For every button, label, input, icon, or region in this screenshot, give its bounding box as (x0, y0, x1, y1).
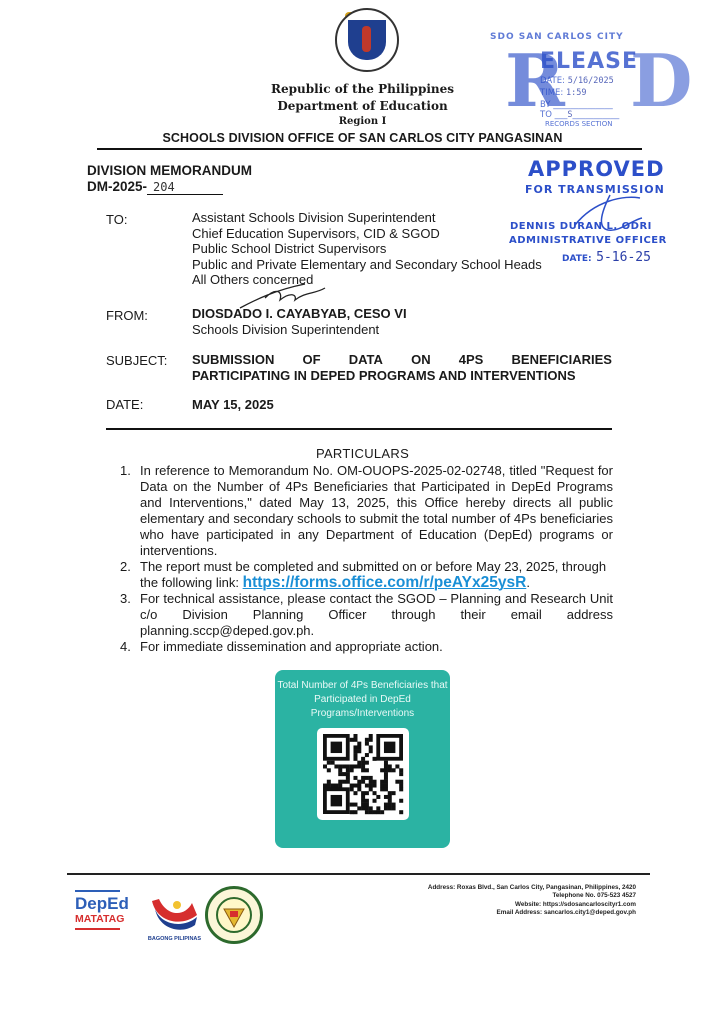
qr-card-title: Total Number of 4Ps Beneficiaries that P… (275, 679, 450, 721)
item-text: For technical assistance, please contact… (140, 591, 613, 638)
telephone-text: Telephone No. 075-523 4527 (380, 892, 636, 900)
subject-word: DATA (349, 352, 383, 368)
matatag-text: MATATAG (75, 913, 129, 926)
to-label: TO: (106, 212, 127, 227)
sdo-san-carlos-seal (205, 886, 263, 944)
deped-seal-icon (335, 8, 399, 72)
logo-bar (75, 890, 120, 892)
header-divider (97, 148, 642, 150)
released-by: BY ______________ (540, 100, 613, 110)
date-label: DATE: (106, 397, 143, 412)
bagong-pilipinas-text: BAGONG PILIPINAS (147, 936, 202, 942)
released-stamp-D: D (630, 45, 692, 117)
recipient: Public School District Supervisors (192, 241, 542, 257)
subject-line-1: SUBMISSION OF DATA ON 4PS BENEFICIARIES (192, 352, 612, 368)
particular-item: 2. The report must be completed and subm… (120, 559, 613, 591)
memo-number-value: 204 (147, 180, 223, 195)
qr-pattern (317, 728, 409, 820)
recipient: Chief Education Supervisors, CID & SGOD (192, 226, 542, 242)
released-to: TO ___S___________ (540, 110, 619, 120)
bagong-pilipinas-logo: BAGONG PILIPINAS (147, 895, 202, 942)
from-title: Schools Division Superintendent (192, 322, 379, 337)
qr-code-icon[interactable] (317, 728, 409, 820)
item-text: In reference to Memorandum No. OM-OUOPS-… (140, 463, 613, 558)
subject-word: SUBMISSION (192, 352, 274, 368)
forms-link[interactable]: https://forms.office.com/r/peAYx25ysR (243, 574, 527, 591)
website-text: Website: https://sdosancarloscityr1.com (380, 901, 636, 909)
footer-divider (67, 873, 650, 875)
qr-card: Total Number of 4Ps Beneficiaries that P… (275, 670, 450, 848)
from-label: FROM: (106, 308, 148, 323)
subject-word: BENEFICIARIES (512, 352, 612, 368)
released-date: DATE: 5/16/2025 (540, 76, 614, 86)
recipients-list: Assistant Schools Division Superintenden… (192, 210, 542, 288)
republic-text: Republic of the Philippines (0, 82, 725, 96)
seal-shield-icon (348, 20, 386, 60)
subject-word: OF (303, 352, 321, 368)
particular-item: 3. For technical assistance, please cont… (120, 591, 613, 639)
subject-line-2: PARTICIPATING IN DEPED PROGRAMS AND INTE… (192, 368, 612, 384)
item-number: 3. (120, 591, 131, 607)
approved-stamp-date: DATE: 5-16-25 (562, 250, 651, 265)
released-time: TIME: 1:59 (540, 88, 586, 98)
meta-divider (106, 428, 612, 430)
contact-block: Address: Roxas Blvd., San Carlos City, P… (380, 884, 636, 917)
recipient: Assistant Schools Division Superintenden… (192, 210, 542, 226)
logo-bar (75, 928, 120, 930)
sdo-seal-icon (208, 889, 260, 941)
subject-word: 4PS (459, 352, 484, 368)
memo-date: MAY 15, 2025 (192, 397, 274, 412)
recipient: Public and Private Elementary and Second… (192, 257, 542, 273)
item-number: 4. (120, 639, 131, 655)
item-text-end: . (526, 575, 530, 590)
deped-text: DepEd (75, 895, 129, 913)
particular-item: 4. For immediate dissemination and appro… (120, 639, 613, 655)
memo-type: DIVISION MEMORANDUM (87, 163, 252, 178)
office-name: SCHOOLS DIVISION OFFICE OF SAN CARLOS CI… (0, 131, 725, 145)
item-number: 2. (120, 559, 131, 575)
deped-matatag-logo: DepEd MATATAG (75, 890, 129, 930)
subject-text: SUBMISSION OF DATA ON 4PS BENEFICIARIES … (192, 352, 612, 384)
particulars-heading: PARTICULARS (0, 446, 725, 461)
address-text: Address: Roxas Blvd., San Carlos City, P… (380, 884, 636, 892)
subject-label: SUBJECT: (106, 353, 167, 368)
email-text: Email Address: sancarlos.city1@deped.gov… (380, 909, 636, 917)
particulars-list: 1. In reference to Memorandum No. OM-OUO… (120, 463, 613, 655)
item-text: For immediate dissemination and appropri… (140, 639, 443, 654)
item-number: 1. (120, 463, 131, 479)
released-footer: RECORDS SECTION (545, 120, 612, 128)
released-stamp-word: ELEASE (540, 49, 638, 74)
particular-item: 1. In reference to Memorandum No. OM-OUO… (120, 463, 613, 559)
memo-number: DM-2025-204 (87, 179, 223, 195)
from-name: DIOSDADO I. CAYABYAB, CESO VI (192, 306, 407, 321)
bagong-pilipinas-icon (147, 895, 202, 931)
subject-word: ON (411, 352, 431, 368)
approved-stamp-title: APPROVED (528, 157, 665, 181)
